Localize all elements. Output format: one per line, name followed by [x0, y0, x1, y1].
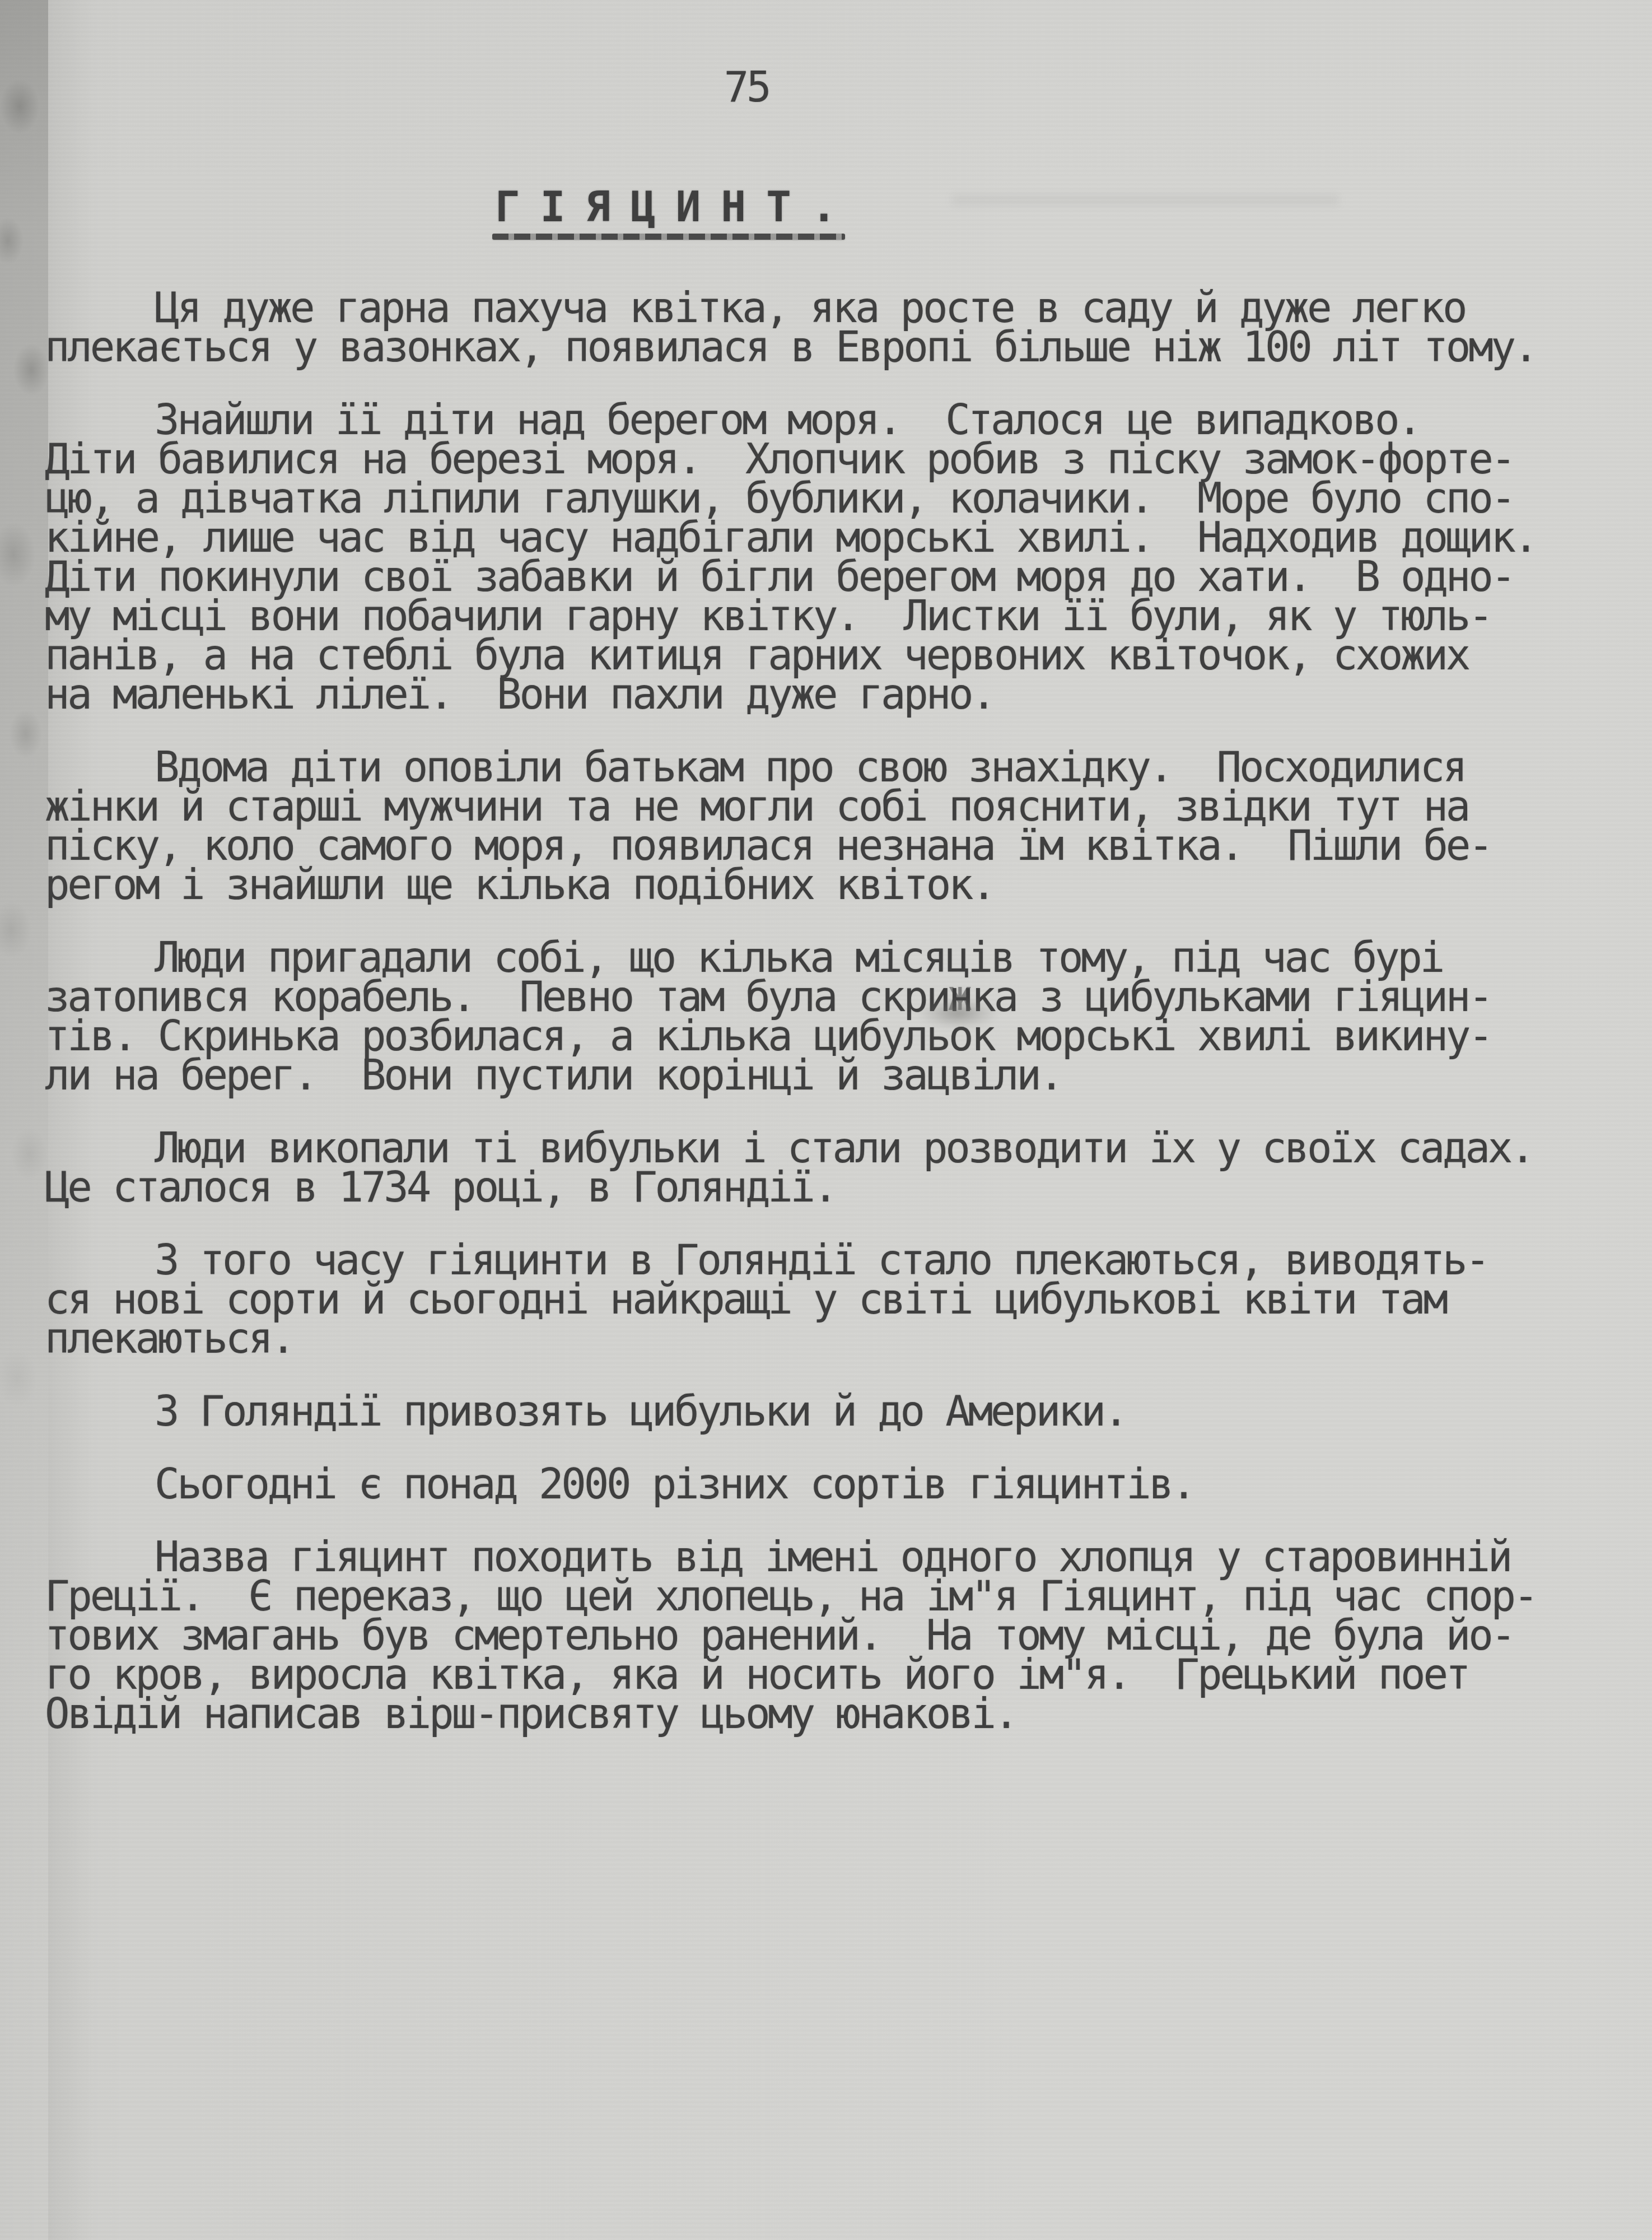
text-line: тових змагань був смертельно ранений. На…	[45, 1616, 1579, 1655]
text-line: Люди пригадали собі, що кілька місяців т…	[45, 938, 1579, 977]
text-line: панів, а на стеблі була китиця гарних че…	[45, 636, 1579, 675]
scan-edge-artifact	[0, 0, 48, 2240]
title-underline	[492, 234, 845, 240]
document-page: 75 Г І Я Ц И Н Т . Ця дуже гарна пахуча …	[0, 0, 1652, 2240]
paragraph: Назва гіяцинт походить від імені одного …	[45, 1538, 1579, 1734]
text-line: Ця дуже гарна пахуча квітка, яка росте в…	[45, 288, 1579, 328]
text-line: Діти покинули свої забавки й бігли берег…	[45, 557, 1579, 597]
text-line: Вдома діти оповіли батькам про свою знах…	[45, 748, 1579, 787]
paragraph: Сьогодні є понад 2000 різних сортів гіяц…	[45, 1465, 1579, 1504]
text-line: Знайшли її діти над берегом моря. Сталос…	[45, 401, 1579, 440]
text-line: З Голяндії привозять цибульки й до Амери…	[45, 1392, 1579, 1431]
text-line: ли на берег. Вони пустили корінці й зацв…	[45, 1056, 1579, 1095]
paragraph: Вдома діти оповіли батькам про свою знах…	[45, 748, 1579, 905]
page-number: 75	[699, 68, 794, 107]
text-line: Овідій написав вірш-присвяту цьому юнако…	[45, 1694, 1579, 1734]
text-line: плекаються.	[45, 1319, 1579, 1358]
text-line: затопився корабель. Певно там була скрин…	[45, 977, 1579, 1017]
text-line: го кров, виросла квітка, яка й носить йо…	[45, 1655, 1579, 1694]
text-line: ся нові сорти й сьогодні найкращі у світ…	[45, 1280, 1579, 1319]
text-line: Діти бавилися на березі моря. Хлопчик ро…	[45, 440, 1579, 479]
text-line: цю, а дівчатка ліпили галушки, бублики, …	[45, 479, 1579, 518]
title-block: Г І Я Ц И Н Т .	[495, 188, 834, 227]
paragraph: З Голяндії привозять цибульки й до Амери…	[45, 1392, 1579, 1431]
text-line: кійне, лише час від часу надбігали морсь…	[45, 518, 1579, 557]
text-line: Це сталося в 1734 році, в Голяндії.	[45, 1168, 1579, 1207]
text-line: плекається у вазонках, появилася в Европ…	[45, 328, 1579, 367]
paragraph: Люди викопали ті вибульки і стали розвод…	[45, 1129, 1579, 1207]
text-line: піску, коло самого моря, появилася незна…	[45, 826, 1579, 865]
text-line: регом і знайшли ще кілька подібних квіто…	[45, 865, 1579, 905]
text-line: Сьогодні є понад 2000 різних сортів гіяц…	[45, 1465, 1579, 1504]
document-title: Г І Я Ц И Н Т .	[495, 188, 834, 227]
eraser-smudge	[917, 997, 999, 1030]
paragraph: З того часу гіяцинти в Голяндії стало пл…	[45, 1241, 1579, 1358]
text-line: Люди викопали ті вибульки і стали розвод…	[45, 1129, 1579, 1168]
paragraph: Люди пригадали собі, що кілька місяців т…	[45, 938, 1579, 1095]
text-line: жінки й старші мужчини та не могли собі …	[45, 787, 1579, 826]
text-line: З того часу гіяцинти в Голяндії стало пл…	[45, 1241, 1579, 1280]
paragraph: Ця дуже гарна пахуча квітка, яка росте в…	[45, 288, 1579, 367]
text-line: тів. Скринька розбилася, а кілька цибуль…	[45, 1017, 1579, 1056]
text-line: Назва гіяцинт походить від імені одного …	[45, 1538, 1579, 1577]
paragraph: Знайшли її діти над берегом моря. Сталос…	[45, 401, 1579, 714]
text-line: Греції. Є переказ, що цей хлопець, на ім…	[45, 1577, 1579, 1616]
document-body: Ця дуже гарна пахуча квітка, яка росте в…	[45, 288, 1579, 1734]
scan-streak-artifact	[952, 195, 1338, 205]
text-line: на маленькі лілеї. Вони пахли дуже гарно…	[45, 675, 1579, 714]
text-line: му місці вони побачили гарну квітку. Лис…	[45, 597, 1579, 636]
